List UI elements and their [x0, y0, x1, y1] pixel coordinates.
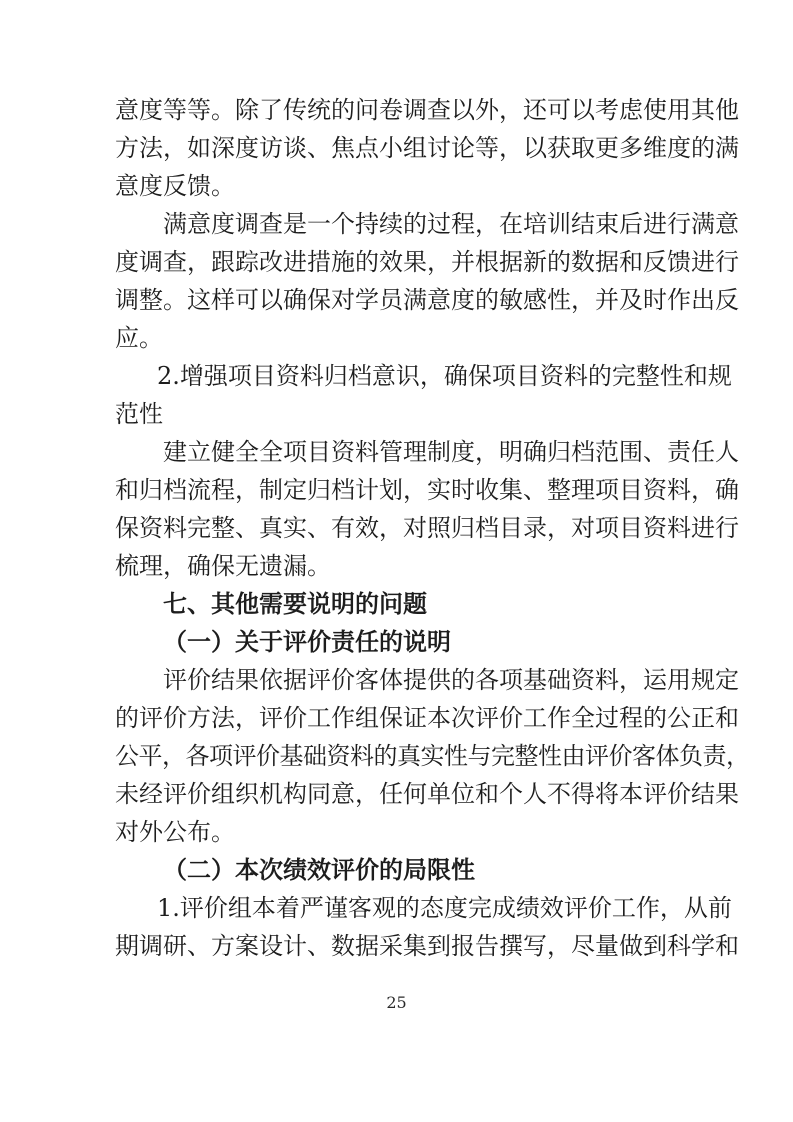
body-line: 调整。这样可以确保对学员满意度的敏感性，并及时作出反 [115, 281, 742, 319]
body-line: 1.评价组本着严谨客观的态度完成绩效评价工作，从前 [115, 889, 742, 927]
body-line: 度调查，跟踪改进措施的效果，并根据新的数据和反馈进行 [115, 243, 742, 281]
body-line: 范性 [115, 395, 742, 433]
section-heading-level2: （二）本次绩效评价的局限性 [115, 851, 742, 889]
section-heading-level1: 七、其他需要说明的问题 [115, 585, 742, 623]
body-line: 期调研、方案设计、数据采集到报告撰写，尽量做到科学和 [115, 927, 742, 965]
body-line: 和归档流程，制定归档计划，实时收集、整理项目资料，确 [115, 471, 742, 509]
body-line: 公平，各项评价基础资料的真实性与完整性由评价客体负责， [115, 737, 742, 775]
body-line: 意度反馈。 [115, 167, 742, 205]
body-line: 对外公布。 [115, 813, 742, 851]
body-line: 保资料完整、真实、有效，对照归档目录，对项目资料进行 [115, 509, 742, 547]
text-block: 意度等等。除了传统的问卷调查以外，还可以考虑使用其他 方法，如深度访谈、焦点小组… [115, 91, 742, 965]
body-line: 未经评价组织机构同意，任何单位和个人不得将本评价结果 [115, 775, 742, 813]
body-line: 2.增强项目资料归档意识，确保项目资料的完整性和规 [115, 357, 742, 395]
body-line: 评价结果依据评价客体提供的各项基础资料，运用规定 [115, 661, 742, 699]
body-line: 意度等等。除了传统的问卷调查以外，还可以考虑使用其他 [115, 91, 742, 129]
body-line: 方法，如深度访谈、焦点小组讨论等，以获取更多维度的满 [115, 129, 742, 167]
body-line: 建立健全全项目资料管理制度，明确归档范围、责任人 [115, 433, 742, 471]
body-line: 梳理，确保无遗漏。 [115, 547, 742, 585]
section-heading-level2: （一）关于评价责任的说明 [115, 623, 742, 661]
document-page: 意度等等。除了传统的问卷调查以外，还可以考虑使用其他 方法，如深度访谈、焦点小组… [0, 0, 793, 1122]
body-line: 的评价方法，评价工作组保证本次评价工作全过程的公正和 [115, 699, 742, 737]
body-line: 应。 [115, 319, 742, 357]
page-number: 25 [0, 992, 793, 1014]
body-line: 满意度调查是一个持续的过程，在培训结束后进行满意 [115, 205, 742, 243]
